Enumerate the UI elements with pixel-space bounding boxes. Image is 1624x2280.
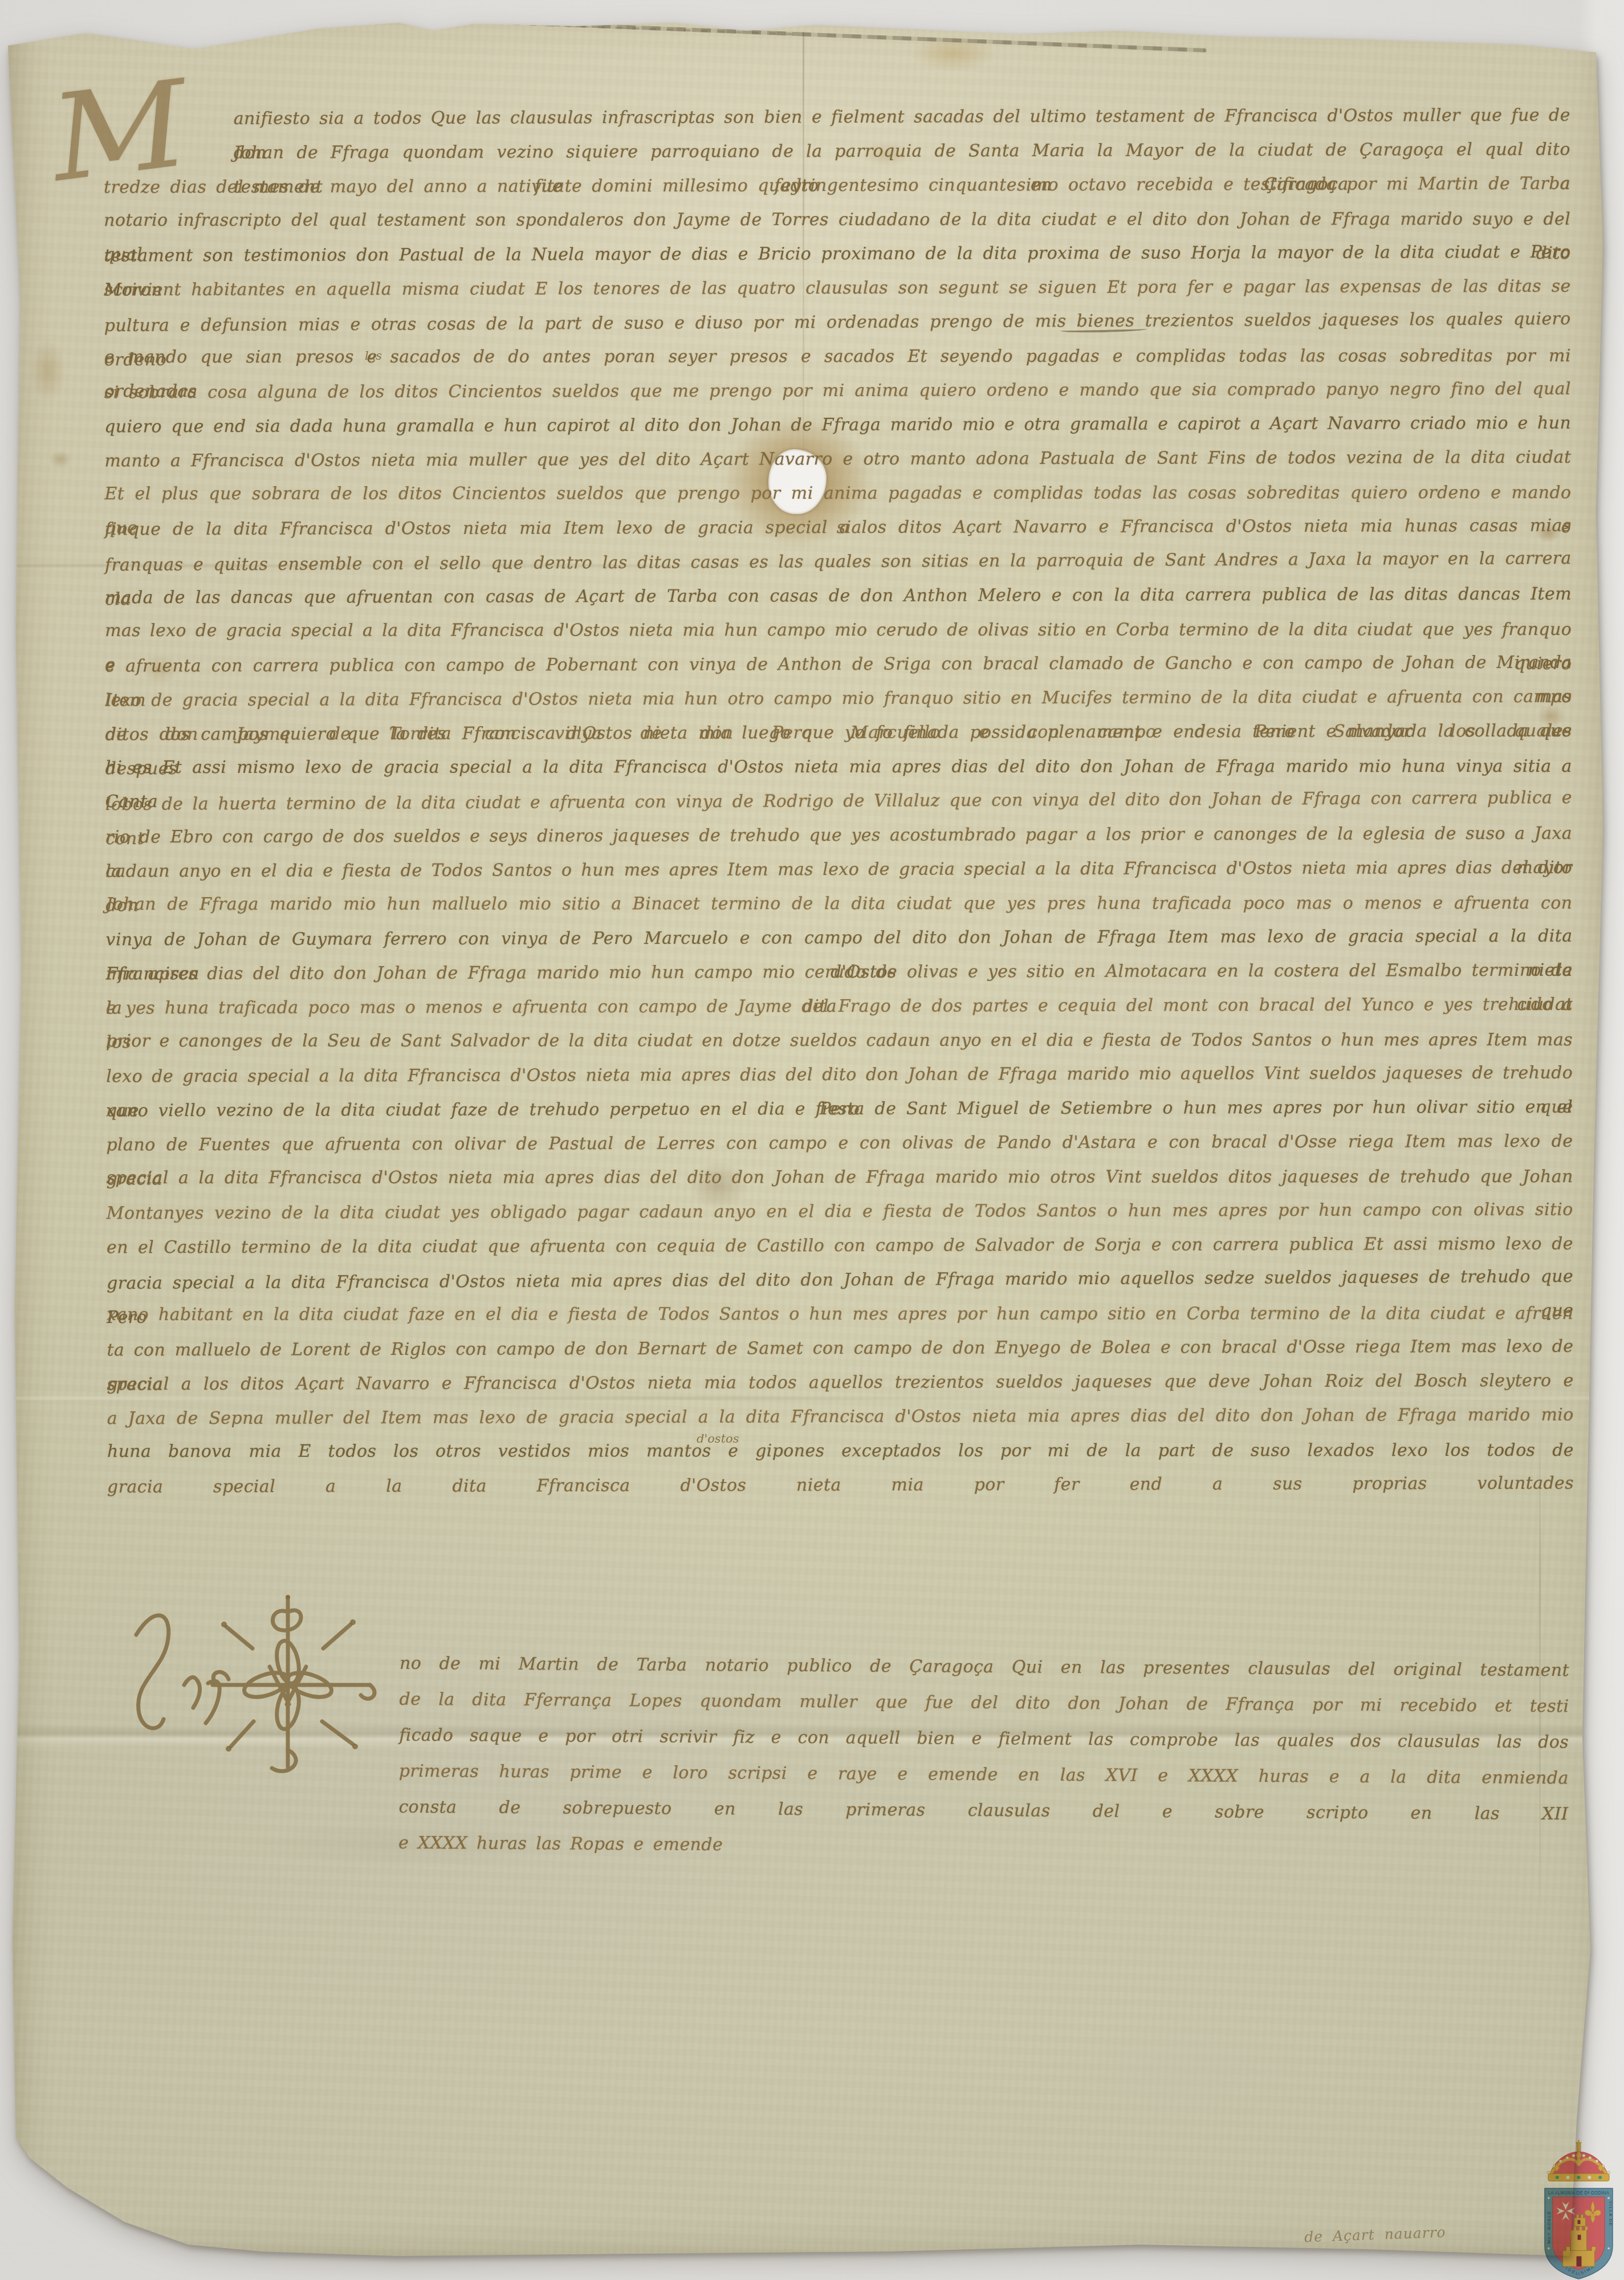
interline-insertion: las — [365, 349, 382, 363]
parchment-shadow: M anifiesto sia a todos Que las clausula… — [0, 0, 1613, 2274]
interline-insertion: d'ostos — [697, 1432, 739, 1446]
parchment-sheet: M anifiesto sia a todos Que las clausula… — [0, 0, 1613, 2274]
manuscript-lines: anifiesto sia a todos Que las clausulas … — [104, 99, 1574, 1539]
manuscript-line: Johan de Ffraga quondam vezino siquiere … — [104, 133, 1570, 171]
manuscript-line: lobos de la huerta termino de la dita ci… — [105, 781, 1572, 822]
scanned-document-page: M anifiesto sia a todos Que las clausula… — [0, 0, 1624, 2280]
manuscript-line: a Jaxa de Sepna muller del Item mas lexo… — [107, 1398, 1574, 1436]
manuscript-line: hi es Et assi mismo lexo de gracia speci… — [105, 750, 1572, 785]
drop-cap-initial: M — [45, 64, 195, 199]
manuscript-line: xano habitant en la dita ciudat faze en … — [107, 1297, 1573, 1332]
manuscript-line: mada de las dancas que afruentan con cas… — [105, 577, 1572, 616]
manuscript-line: Et el plus que sobrara de los ditos Cinc… — [104, 476, 1571, 511]
manuscript-line: e mando que sian presos e sacados de do … — [104, 339, 1571, 374]
municipal-stamp: LA ALMUNIA DE Dª GODINA MUY NOBLE VILLA … — [1533, 2140, 1624, 2280]
shield: LA ALMUNIA DE Dª GODINA MUY NOBLE VILLA … — [1545, 2188, 1613, 2279]
ink-stain — [49, 450, 72, 469]
manuscript-line: notario infrascripto del qual testament … — [104, 202, 1570, 238]
manuscript-line: en el Castillo termino de la dita ciudat… — [107, 1227, 1573, 1265]
manuscript-line: special a la dita Ffrancisca d'Ostos nie… — [107, 1160, 1573, 1195]
manuscript-line: ta con malluelo de Lorent de Riglos con … — [107, 1330, 1573, 1368]
stamp-top-text: LA ALMUNIA DE Dª GODINA — [1548, 2190, 1609, 2196]
manuscript-line: xano viello vezino de la dita ciudat faz… — [106, 1090, 1573, 1129]
stamp-motto-left: MUY NOBLE — [1546, 2210, 1552, 2244]
manuscript-line — [107, 1499, 1574, 1540]
manuscript-line: anifiesto sia a todos Que las clausulas … — [104, 99, 1570, 137]
manuscript-line: lexo de gracia special a la dita Ffranci… — [105, 680, 1572, 718]
manuscript-line: huna banova mia E todos los otros vestid… — [107, 1434, 1574, 1469]
crown-icon — [1547, 2140, 1610, 2181]
manuscript-line: manto a Ffrancisca d'Ostos nieta mia mul… — [104, 441, 1571, 479]
manuscript-line: prior e canonges de la Seu de Sant Salva… — [106, 1023, 1573, 1058]
manuscript-line: lexo de gracia special a la dita Ffranci… — [106, 1056, 1573, 1094]
manuscript-line: pultura e defunsion mias e otras cosas d… — [104, 302, 1571, 343]
notarial-sign-flourish — [117, 1589, 385, 1780]
manuscript-line: quiero que end sia dada huna gramalla e … — [104, 406, 1571, 445]
ink-stain — [30, 340, 66, 402]
manuscript-line: mia apres dias del dito don Johan de Ffr… — [106, 954, 1573, 992]
manuscript-line: special a los ditos Açart Navarro e Ffra… — [107, 1364, 1574, 1402]
manuscript-line: Johan de Ffraga marido mio hun malluelo … — [105, 886, 1572, 922]
manuscript-line: gracia special a la dita Ffrancisca d'Os… — [107, 1260, 1573, 1301]
manuscript-text-block: M anifiesto sia a todos Que las clausula… — [104, 99, 1574, 1539]
manuscript-line: e yes huna traficada poco mas o menos e … — [106, 988, 1573, 1026]
closing-line: e XXXX huras las Ropas e emende — [398, 1825, 1568, 1868]
manuscript-line: scrivient habitantes en aquella misma ci… — [104, 270, 1570, 308]
manuscript-line: cadaun anyo en el dia e fiesta de Todos … — [105, 851, 1572, 889]
archival-marginal-note: de Açart nauarro — [1304, 2220, 1573, 2245]
manuscript-line: vinya de Johan de Guymara ferrero con vi… — [105, 919, 1572, 958]
crease-scratch-echo — [0, 4, 797, 35]
manuscript-line: franquas e quitas ensemble con el sello … — [105, 541, 1572, 583]
manuscript-line: rio de Ebro con cargo de dos sueldos e s… — [105, 817, 1572, 855]
water-stain — [1055, 2006, 1317, 2137]
manuscript-line: ditos dos campos quiero que la dita Ffra… — [105, 714, 1572, 752]
manuscript-line: si sobrara cosa alguna de los ditos Cinc… — [104, 372, 1571, 410]
stamp-motto-right: VILLA DE — [1608, 2201, 1613, 2226]
manuscript-line: Montanyes vezino de la dita ciudat yes o… — [107, 1193, 1573, 1231]
manuscript-line: gracia special a la dita Ffrancisca d'Os… — [107, 1467, 1574, 1505]
manuscript-line: mas lexo de gracia special a la dita Ffr… — [105, 613, 1572, 648]
notarial-closing-block: no de mi Martin de Tarba notario publico… — [398, 1646, 1569, 1868]
manuscript-line: plano de Fuentes que afruenta con olivar… — [106, 1125, 1573, 1163]
manuscript-line: tredze dias del mes de mayo del anno a n… — [104, 167, 1570, 205]
